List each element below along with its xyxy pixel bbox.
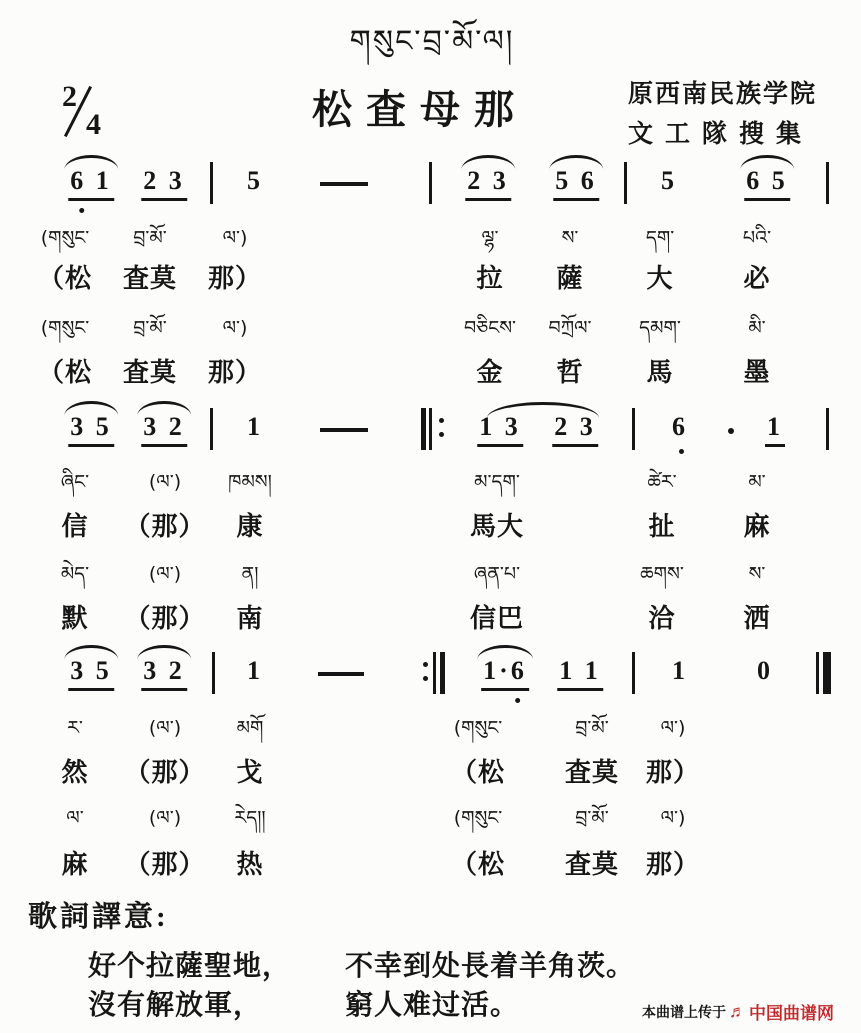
- lyric-chinese: 那）: [208, 258, 262, 295]
- note-text: 6 5: [744, 166, 790, 201]
- translation-line: 不幸到处長着羊角茨。: [345, 944, 635, 984]
- note-text: 3 2: [141, 412, 187, 447]
- lyric-chinese: 馬: [646, 352, 673, 389]
- slur-arc: [64, 401, 118, 416]
- repeat-dot: [423, 676, 428, 681]
- lyric-chinese: 査莫: [565, 752, 619, 789]
- lyric-chinese: 洒: [743, 598, 770, 635]
- note-text: 2 3: [552, 412, 598, 447]
- time-signature-numerator: 2: [62, 80, 77, 114]
- repeat-dot: [439, 418, 444, 423]
- note-group: 1: [245, 412, 265, 442]
- barline: [210, 408, 213, 450]
- note-group: 2 3: [552, 412, 598, 447]
- lyric-chinese: 査莫: [123, 258, 177, 295]
- watermark: 本曲谱上传于 ♬ 中国曲谱网: [642, 999, 834, 1024]
- lyric-chinese: （松: [38, 258, 92, 295]
- translation-line: 沒有解放軍，: [88, 983, 262, 1023]
- lyric-tibetan: རེད།།: [234, 796, 265, 850]
- low-octave-dot: [515, 698, 520, 703]
- final-barline: [816, 652, 819, 694]
- note-group: 3 2: [141, 412, 187, 447]
- slur-arc: [64, 155, 118, 170]
- note-group: 1 3: [477, 412, 523, 447]
- time-signature-denominator: 4: [86, 108, 101, 142]
- repeat-dot: [439, 432, 444, 437]
- note-text: 5: [659, 166, 679, 196]
- note-group: 3 5: [68, 412, 114, 447]
- note-text: 2 3: [141, 166, 187, 201]
- note-text: 1 1: [557, 656, 603, 691]
- lyric-chinese: （那）: [124, 506, 205, 543]
- attribution-line2: 文工隊搜集: [628, 114, 861, 150]
- note-text: 6 1: [68, 166, 114, 201]
- note-text: 2 3: [465, 166, 511, 201]
- lyric-tibetan: བྲ་མོ་: [575, 796, 609, 850]
- note-group: 2 3: [465, 166, 511, 201]
- lyric-chinese: 康: [236, 506, 263, 543]
- slur-arc: [740, 155, 794, 170]
- lyric-chinese: （那）: [124, 844, 205, 881]
- lyric-chinese: （松: [451, 752, 505, 789]
- lyric-tibetan: (གསུང་: [454, 796, 503, 850]
- note-text: 3 5: [68, 656, 114, 691]
- lyric-chinese: 拉: [476, 258, 503, 295]
- barline: [429, 162, 432, 204]
- note-text: 1: [670, 656, 690, 686]
- barline: [210, 162, 213, 204]
- music-note-logo-icon: ♬: [729, 1002, 746, 1022]
- lyric-tibetan: ལ་: [66, 796, 83, 850]
- lyric-chinese: 扯: [648, 506, 675, 543]
- repeat-start-sign: [421, 408, 426, 450]
- song-title: 松査母那: [312, 78, 528, 135]
- lyric-chinese: 那）: [646, 752, 700, 789]
- lyric-chinese: 大: [646, 258, 673, 295]
- note-group: 5: [659, 166, 679, 196]
- lyric-chinese: 査莫: [565, 844, 619, 881]
- lyric-chinese: 査莫: [123, 352, 177, 389]
- lyric-chinese: 那）: [646, 844, 700, 881]
- sheet-music-page: གསུང་བྲ་མོ་ལ། 2 4 松査母那 原西南民族学院 文工隊搜集 6 1…: [0, 0, 861, 1033]
- note-group: 1: [765, 412, 785, 447]
- low-octave-dot: [679, 449, 684, 454]
- repeat-dot: [423, 662, 428, 667]
- lyric-chinese: （松: [38, 352, 92, 389]
- note-text: 1·6: [481, 656, 529, 691]
- note-group: 6 5: [744, 166, 790, 201]
- lyric-chinese: （那）: [124, 752, 205, 789]
- note-group: 1 1: [557, 656, 603, 691]
- final-barline: [823, 652, 831, 694]
- note-text: 1: [245, 412, 265, 442]
- repeat-end-sign: [433, 652, 436, 694]
- lyric-chinese: 哲: [556, 352, 583, 389]
- barline: [624, 162, 627, 204]
- slur-arc: [549, 155, 603, 170]
- lyric-chinese: （那）: [124, 598, 205, 635]
- note-text: 1: [245, 656, 265, 686]
- translation-line: 好个拉薩聖地，: [88, 944, 291, 984]
- note-group: 0: [755, 656, 775, 686]
- note-group: 6 1: [68, 166, 114, 201]
- note-group: 1: [245, 656, 265, 686]
- note-group: 3 2: [141, 656, 187, 691]
- translation-line: 窮人难过活。: [345, 983, 519, 1023]
- note-text: 3 5: [68, 412, 114, 447]
- lyric-chinese: 墨: [743, 352, 770, 389]
- note-group: 3 5: [68, 656, 114, 691]
- attribution-line1: 原西南民族学院: [628, 74, 861, 110]
- slur-arc: [461, 155, 515, 170]
- lyric-chinese: 信: [61, 506, 88, 543]
- note-group: 1: [670, 656, 690, 686]
- note-text: 6: [670, 412, 690, 442]
- extension-dash: [320, 428, 368, 432]
- slur-arc: [64, 645, 118, 660]
- lyric-chinese: （松: [451, 844, 505, 881]
- note-group: 6: [670, 412, 690, 442]
- note-text: 1: [765, 412, 785, 447]
- extension-dash: [318, 672, 364, 676]
- lyric-tibetan: (ལ་): [149, 796, 181, 850]
- attribution: 原西南民族学院 文工隊搜集: [628, 74, 861, 150]
- lyric-chinese: 热: [236, 844, 263, 881]
- translation-heading: 歌詞譯意:: [28, 894, 169, 935]
- low-octave-dot: [79, 208, 84, 213]
- barline: [826, 408, 829, 450]
- augmentation-dot: [728, 428, 734, 434]
- barline: [212, 652, 215, 694]
- note-text: 1 3: [477, 412, 523, 447]
- music-line-3: 3 5 3 2 1 1·6 1 1 1 0: [0, 646, 861, 704]
- lyric-chinese: 馬大: [470, 506, 524, 543]
- slur-arc: [137, 645, 191, 660]
- lyric-chinese: 麻: [743, 506, 770, 543]
- lyric-chinese: 信巴: [470, 598, 524, 635]
- note-text: 5 6: [553, 166, 599, 201]
- lyric-chinese: 南: [236, 598, 263, 635]
- lyric-chinese: 金: [476, 352, 503, 389]
- lyric-chinese: 戈: [236, 752, 263, 789]
- lyric-chinese: 洽: [648, 598, 675, 635]
- lyric-chinese: 然: [61, 752, 88, 789]
- lyric-chinese: 默: [61, 598, 88, 635]
- barline: [826, 162, 829, 204]
- note-group: 5: [245, 166, 265, 196]
- note-text: 5: [245, 166, 265, 196]
- note-group: 2 3: [141, 166, 187, 201]
- watermark-prefix: 本曲谱上传于: [642, 1002, 726, 1022]
- lyric-chinese: 那）: [208, 352, 262, 389]
- lyric-tibetan: ལ་): [661, 796, 686, 850]
- watermark-site-name: 中国曲谱网: [749, 999, 834, 1024]
- music-line-1: 6 1 2 3 5 2 3 5 6 5 6 5: [0, 156, 861, 214]
- slur-arc: [137, 401, 191, 416]
- music-line-2: 3 5 3 2 1 1 3 2 3 6 1: [0, 402, 861, 460]
- lyric-chinese: 麻: [61, 844, 88, 881]
- lyric-chinese: 必: [743, 258, 770, 295]
- repeat-start-sign: [429, 408, 432, 450]
- note-text: 3 2: [141, 656, 187, 691]
- barline: [632, 408, 635, 450]
- slur-arc: [477, 645, 533, 660]
- lyric-chinese: 薩: [556, 258, 583, 295]
- repeat-end-sign: [440, 652, 445, 694]
- note-text: 0: [755, 656, 775, 686]
- note-group: 5 6: [553, 166, 599, 201]
- note-group: 1·6: [481, 656, 529, 691]
- barline: [632, 652, 635, 694]
- extension-dash: [320, 182, 368, 186]
